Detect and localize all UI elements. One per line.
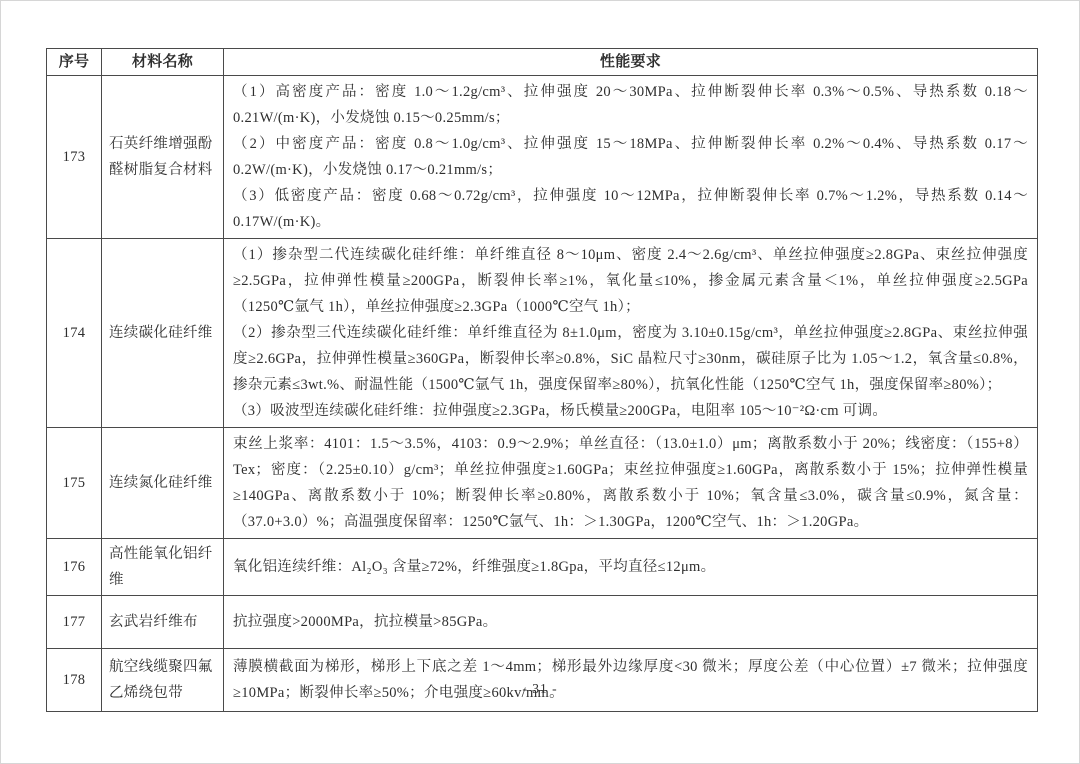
material-cell: 连续碳化硅纤维 [102, 239, 224, 428]
serial-cell: 173 [47, 76, 102, 239]
table-row: 175 连续氮化硅纤维 束丝上浆率：4101：1.5～3.5%，4103：0.9… [47, 428, 1038, 539]
table-row: 177 玄武岩纤维布 抗拉强度>2000MPa，抗拉模量>85GPa。 [47, 596, 1038, 649]
requirements-cell: （1）高密度产品：密度 1.0～1.2g/cm³、拉伸强度 20～30MPa、拉… [224, 76, 1038, 239]
requirement-item: 束丝上浆率：4101：1.5～3.5%，4103：0.9～2.9%；单丝直径：（… [233, 431, 1028, 535]
requirements-cell: 抗拉强度>2000MPa，抗拉模量>85GPa。 [224, 596, 1038, 649]
requirement-item: （3）低密度产品：密度 0.68～0.72g/cm³，拉伸强度 10～12MPa… [233, 183, 1028, 235]
requirement-item: （2）掺杂型三代连续碳化硅纤维：单纤维直径为 8±1.0μm，密度为 3.10±… [233, 320, 1028, 398]
table-row: 174 连续碳化硅纤维 （1）掺杂型二代连续碳化硅纤维：单纤维直径 8～10μm… [47, 239, 1038, 428]
header-requirements: 性能要求 [224, 49, 1038, 76]
requirements-cell: 氧化铝连续纤维：Al₂O₃ 含量≥72%，纤维强度≥1.8Gpa，平均直径≤12… [224, 539, 1038, 596]
serial-cell: 176 [47, 539, 102, 596]
table-row: 178 航空线缆聚四氟乙烯绕包带 薄膜横截面为梯形，梯形上下底之差 1～4mm；… [47, 649, 1038, 712]
serial-cell: 177 [47, 596, 102, 649]
material-cell: 连续氮化硅纤维 [102, 428, 224, 539]
table-row: 176 高性能氧化铝纤维 氧化铝连续纤维：Al₂O₃ 含量≥72%，纤维强度≥1… [47, 539, 1038, 596]
requirements-cell: 薄膜横截面为梯形，梯形上下底之差 1～4mm；梯形最外边缘厚度<30 微米；厚度… [224, 649, 1038, 712]
requirement-item: 薄膜横截面为梯形，梯形上下底之差 1～4mm；梯形最外边缘厚度<30 微米；厚度… [233, 654, 1028, 706]
table-row: 173 石英纤维增强酚醛树脂复合材料 （1）高密度产品：密度 1.0～1.2g/… [47, 76, 1038, 239]
serial-cell: 178 [47, 649, 102, 712]
materials-table: 序号 材料名称 性能要求 173 石英纤维增强酚醛树脂复合材料 （1）高密度产品… [46, 48, 1038, 712]
material-cell: 石英纤维增强酚醛树脂复合材料 [102, 76, 224, 239]
material-cell: 航空线缆聚四氟乙烯绕包带 [102, 649, 224, 712]
serial-cell: 174 [47, 239, 102, 428]
page-number: - 31 - [1, 681, 1079, 697]
requirement-item: （1）高密度产品：密度 1.0～1.2g/cm³、拉伸强度 20～30MPa、拉… [233, 79, 1028, 131]
header-material: 材料名称 [102, 49, 224, 76]
material-cell: 玄武岩纤维布 [102, 596, 224, 649]
serial-cell: 175 [47, 428, 102, 539]
requirement-item: 氧化铝连续纤维：Al₂O₃ 含量≥72%，纤维强度≥1.8Gpa，平均直径≤12… [233, 554, 1028, 580]
requirements-cell: 束丝上浆率：4101：1.5～3.5%，4103：0.9～2.9%；单丝直径：（… [224, 428, 1038, 539]
requirement-item: （2）中密度产品：密度 0.8～1.0g/cm³、拉伸强度 15～18MPa、拉… [233, 131, 1028, 183]
requirements-cell: （1）掺杂型二代连续碳化硅纤维：单纤维直径 8～10μm、密度 2.4～2.6g… [224, 239, 1038, 428]
requirement-item: （1）掺杂型二代连续碳化硅纤维：单纤维直径 8～10μm、密度 2.4～2.6g… [233, 242, 1028, 320]
requirement-item: 抗拉强度>2000MPa，抗拉模量>85GPa。 [233, 609, 1028, 635]
material-cell: 高性能氧化铝纤维 [102, 539, 224, 596]
requirement-item: （3）吸波型连续碳化硅纤维：拉伸强度≥2.3GPa，杨氏模量≥200GPa，电阻… [233, 398, 1028, 424]
document-page: 序号 材料名称 性能要求 173 石英纤维增强酚醛树脂复合材料 （1）高密度产品… [0, 0, 1080, 764]
table-header-row: 序号 材料名称 性能要求 [47, 49, 1038, 76]
header-serial: 序号 [47, 49, 102, 76]
